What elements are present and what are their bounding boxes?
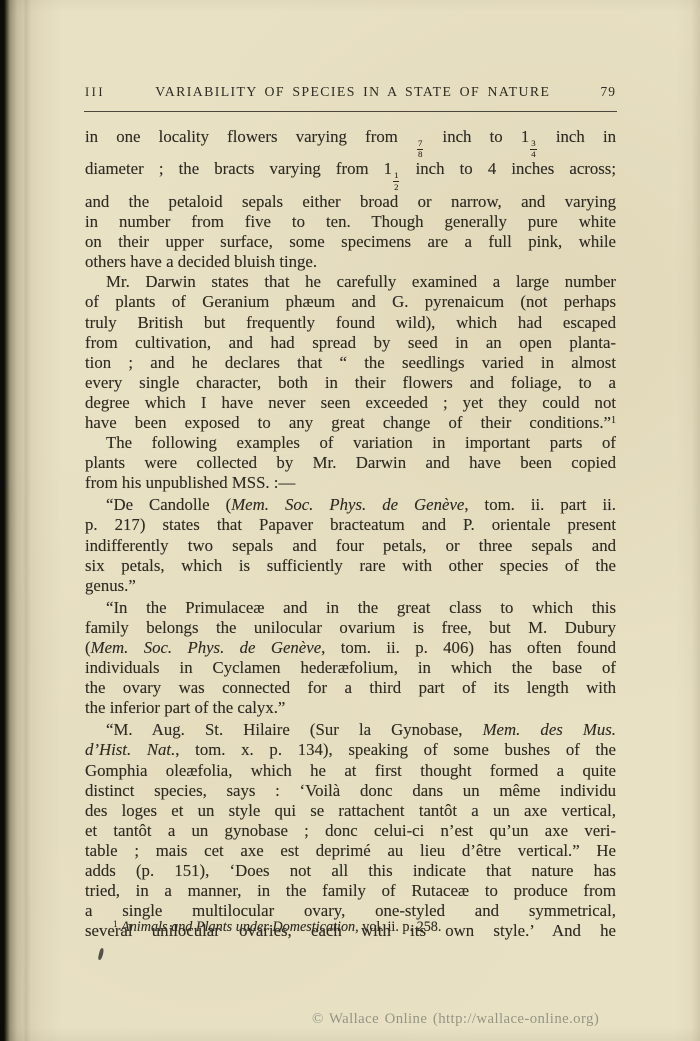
text-segment: others have a decided bluish tinge. xyxy=(85,252,317,271)
paragraph: “M. Aug. St. Hilaire (Sur la Gynobase, M… xyxy=(85,720,616,941)
text-segment: des loges et un style qui se rattachent … xyxy=(85,801,616,820)
footnote-marker: 1 xyxy=(611,415,616,426)
text-line: from his unpublished MSS. :— xyxy=(85,473,616,493)
text-segment: individuals in Cyclamen hederæfolium, in… xyxy=(85,658,616,677)
text-line: family belongs the unilocular ovarium is… xyxy=(85,618,616,638)
footnote-marker: 1 xyxy=(113,919,118,929)
text-segment: inch to 1 xyxy=(424,127,529,146)
text-line: The following examples of variation in i… xyxy=(85,433,616,453)
stacked-fraction: 34 xyxy=(530,139,536,159)
text-segment: , tom. ii. part ii. xyxy=(464,495,616,514)
text-segment: diameter ; the bracts varying from 1 xyxy=(85,159,392,178)
text-line: d’Hist. Nat., tom. x. p. 134), speaking … xyxy=(85,740,616,760)
page-number: 79 xyxy=(600,84,616,100)
text-segment: d’Hist. Nat. xyxy=(85,740,175,759)
text-segment: et tantôt a un gynobase ; donc celui-ci … xyxy=(85,821,616,840)
text-segment: and the petaloid sepals either broad or … xyxy=(85,192,616,211)
text-line: tion ; and he declares that “ the seedli… xyxy=(85,353,616,373)
text-segment: family belongs the unilocular ovarium is… xyxy=(85,618,616,637)
text-segment: Mem. Soc. Phys. de Genève xyxy=(231,495,464,514)
text-line: “In the Primulaceæ and in the great clas… xyxy=(85,598,616,618)
text-segment: inch in xyxy=(538,127,616,146)
paragraph: Mr. Darwin states that he carefully exam… xyxy=(85,272,616,433)
stacked-fraction: 12 xyxy=(393,171,399,191)
text-segment: table ; mais cet axe est deprimé au lieu… xyxy=(85,841,616,860)
ink-mark xyxy=(98,948,104,960)
text-line: p. 217) states that Papaver bracteatum a… xyxy=(85,515,616,535)
text-segment: “De Candolle ( xyxy=(106,495,231,514)
header-rule xyxy=(84,111,617,112)
text-line: (Mem. Soc. Phys. de Genève, tom. ii. p. … xyxy=(85,638,616,658)
text-line: others have a decided bluish tinge. xyxy=(85,252,616,272)
text-segment: Mr. Darwin states that he carefully exam… xyxy=(106,272,616,291)
text-segment: genus.” xyxy=(85,576,136,595)
text-line: indifferently two sepals and four petals… xyxy=(85,536,616,556)
text-line: in number from five to ten. Though gener… xyxy=(85,212,616,232)
text-line: and the petaloid sepals either broad or … xyxy=(85,192,616,212)
text-segment: from cultivation, and had spread by seed… xyxy=(85,333,616,352)
text-segment: inch to 4 inches across; xyxy=(400,159,616,178)
text-segment: The following examples of variation in i… xyxy=(106,433,616,452)
text-line: “M. Aug. St. Hilaire (Sur la Gynobase, M… xyxy=(85,720,616,740)
text-segment: every single character, both in their fl… xyxy=(85,373,616,392)
text-segment: indifferently two sepals and four petals… xyxy=(85,536,616,555)
text-line: table ; mais cet axe est deprimé au lieu… xyxy=(85,841,616,861)
text-line: tried, in a manner, in the family of Rut… xyxy=(85,881,616,901)
text-line: on their upper surface, some specimens a… xyxy=(85,232,616,252)
paragraph: “In the Primulaceæ and in the great clas… xyxy=(85,598,616,719)
text-segment: six petals, which is sufficiently rare w… xyxy=(85,556,616,575)
text-line: six petals, which is sufficiently rare w… xyxy=(85,556,616,576)
paragraph: The following examples of variation in i… xyxy=(85,433,616,493)
text-line: of plants of Geranium phæum and G. pyren… xyxy=(85,292,616,312)
text-segment: Mem. Soc. Phys. de Genève xyxy=(91,638,322,657)
watermark: © Wallace Online (http://wallace-online.… xyxy=(312,1011,599,1028)
text-line: in one locality flowers varying from 78 … xyxy=(85,127,616,159)
text-line: plants were collected by Mr. Darwin and … xyxy=(85,453,616,473)
text-line: degree which I have never seen exceeded … xyxy=(85,393,616,413)
text-segment: plants were collected by Mr. Darwin and … xyxy=(85,453,616,472)
text-line: Gomphia oleæfolia, which he at first tho… xyxy=(85,761,616,781)
text-segment: p. 217) states that Papaver bracteatum a… xyxy=(85,515,616,534)
text-segment: of plants of Geranium phæum and G. pyren… xyxy=(85,292,616,311)
paragraph: in one locality flowers varying from 78 … xyxy=(85,127,616,272)
text-line: adds (p. 151), ‘Does not all this indica… xyxy=(85,861,616,881)
text-line: des loges et un style qui se rattachent … xyxy=(85,801,616,821)
text-segment: in one locality flowers varying from xyxy=(85,127,416,146)
text-line: the ovary was connected for a third part… xyxy=(85,678,616,698)
text-line: every single character, both in their fl… xyxy=(85,373,616,393)
text-segment: tried, in a manner, in the family of Rut… xyxy=(85,881,616,900)
text-segment: adds (p. 151), ‘Does not all this indica… xyxy=(85,861,616,880)
text-segment: Gomphia oleæfolia, which he at first tho… xyxy=(85,761,616,780)
book-page-scan: III VARIABILITY OF SPECIES IN A STATE OF… xyxy=(0,0,700,1041)
text-segment: from his unpublished MSS. :— xyxy=(85,473,295,492)
text-segment: “M. Aug. St. Hilaire (Sur la Gynobase, xyxy=(106,720,483,739)
footnote: 1 Animals and Plants under Domestication… xyxy=(113,918,616,936)
text-segment: “In the Primulaceæ and in the great clas… xyxy=(106,598,616,617)
text-segment: degree which I have never seen exceeded … xyxy=(85,393,616,412)
text-line: et tantôt a un gynobase ; donc celui-ci … xyxy=(85,821,616,841)
text-segment: Animals and Plants under Domestication xyxy=(121,919,355,935)
text-line: the inferior part of the calyx.” xyxy=(85,698,616,718)
text-line: genus.” xyxy=(85,576,616,596)
text-line: “De Candolle (Mem. Soc. Phys. de Genève,… xyxy=(85,495,616,515)
text-segment: the inferior part of the calyx.” xyxy=(85,698,285,717)
stacked-fraction: 78 xyxy=(417,139,423,159)
text-line: Mr. Darwin states that he carefully exam… xyxy=(85,272,616,292)
text-line: have been exposed to any great change of… xyxy=(85,413,616,433)
text-segment: , vol. ii. p. 258. xyxy=(355,919,441,935)
paragraph: “De Candolle (Mem. Soc. Phys. de Genève,… xyxy=(85,495,616,595)
text-block: in one locality flowers varying from 78 … xyxy=(85,127,616,941)
text-segment: , tom. x. p. 134), speaking of some bush… xyxy=(175,740,616,759)
text-segment: tion ; and he declares that “ the seedli… xyxy=(85,353,616,372)
text-line: diameter ; the bracts varying from 112 i… xyxy=(85,159,616,191)
text-segment: distinct species, says : ‘Voilà donc dan… xyxy=(85,781,616,800)
text-line: truly British but frequently found wild)… xyxy=(85,313,616,333)
text-line: individuals in Cyclamen hederæfolium, in… xyxy=(85,658,616,678)
text-line: distinct species, says : ‘Voilà donc dan… xyxy=(85,781,616,801)
text-segment: on their upper surface, some specimens a… xyxy=(85,232,616,251)
text-segment: have been exposed to any great change of… xyxy=(85,413,611,432)
chapter-number: III xyxy=(85,85,105,100)
running-title: VARIABILITY OF SPECIES IN A STATE OF NAT… xyxy=(155,84,550,100)
text-segment: , tom. ii. p. 406) has often found xyxy=(321,638,616,657)
page-header: III VARIABILITY OF SPECIES IN A STATE OF… xyxy=(85,84,616,100)
text-segment: the ovary was connected for a third part… xyxy=(85,678,616,697)
text-segment: in number from five to ten. Though gener… xyxy=(85,212,616,231)
text-segment: Mem. des Mus. xyxy=(483,720,616,739)
text-segment: truly British but frequently found wild)… xyxy=(85,313,616,332)
text-line: from cultivation, and had spread by seed… xyxy=(85,333,616,353)
